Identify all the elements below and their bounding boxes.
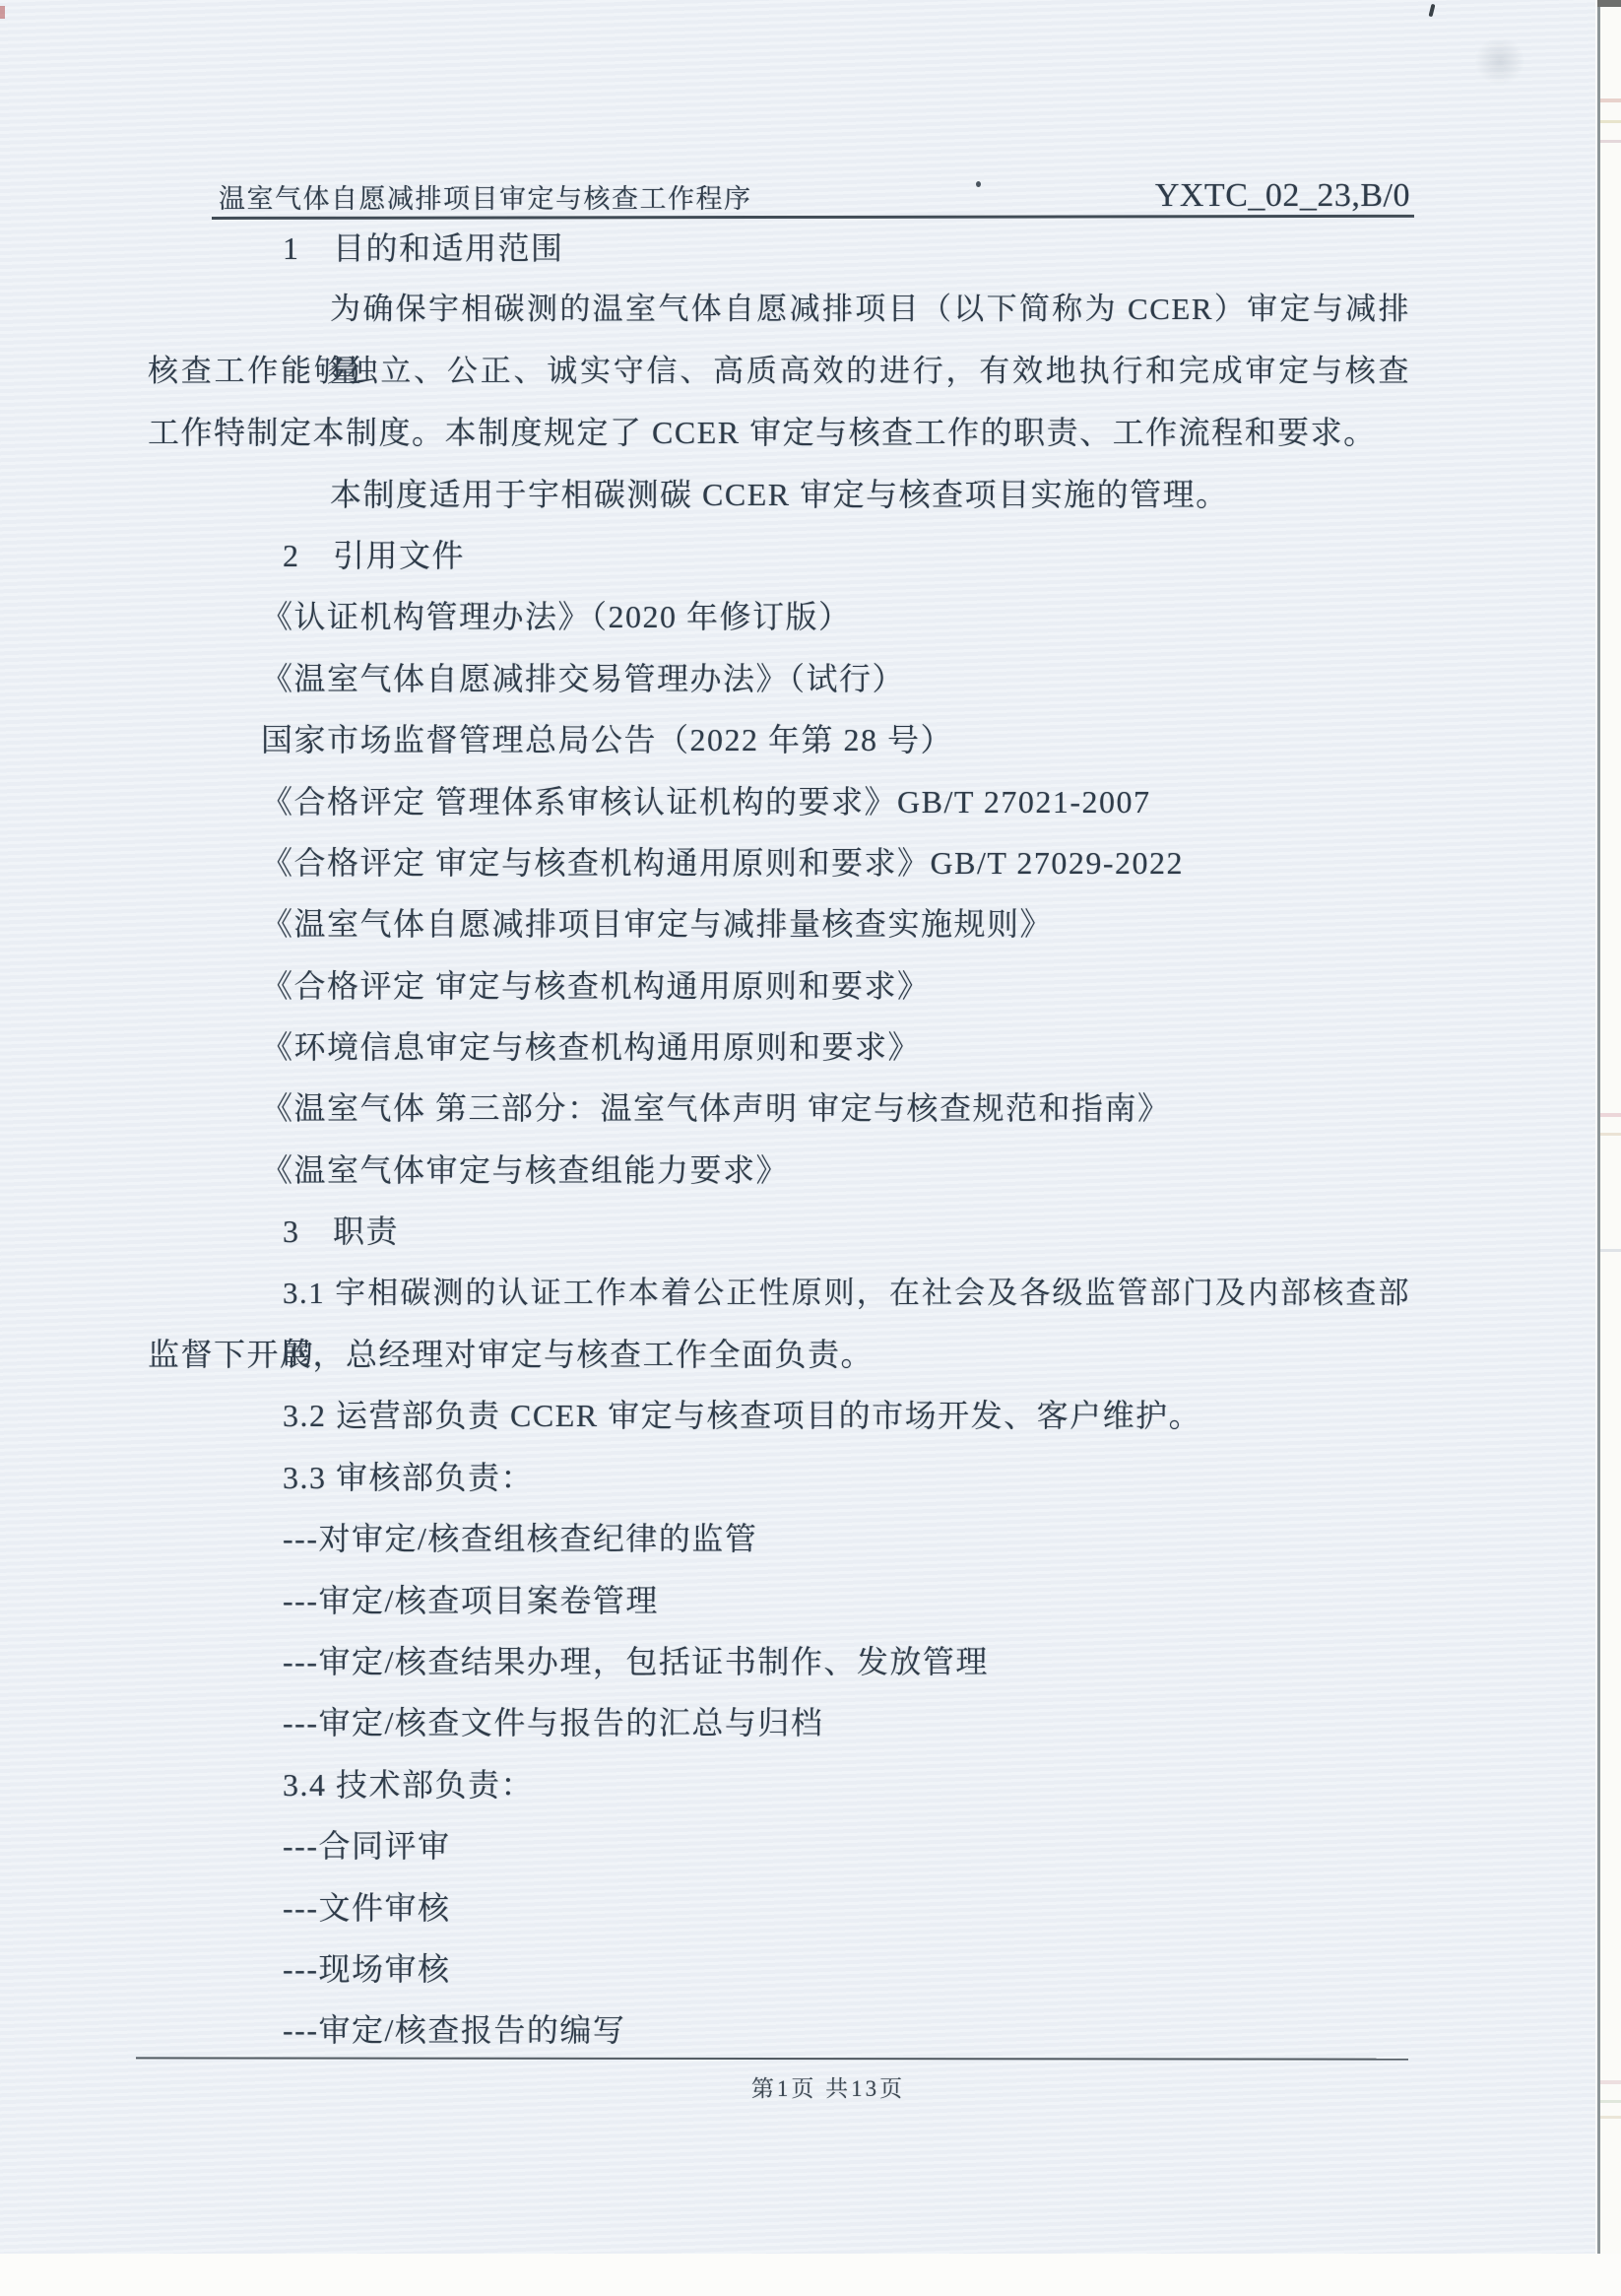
document-text-line: 2 引用文件 [148,525,1410,586]
document-text-line: 国家市场监督管理总局公告（2022 年第 28 号） [148,709,1410,770]
document-text-line: 《温室气体 第三部分：温室气体声明 审定与核查规范和指南》 [148,1078,1410,1139]
document-text-line: 《认证机构管理办法》（2020 年修订版） [148,586,1410,647]
document-header-title: 温室气体自愿减排项目审定与核查工作程序 [219,183,752,215]
document-text-line: 《合格评定 审定与核查机构通用原则和要求》GB/T 27029-2022 [148,832,1410,893]
scanner-streak [1600,1249,1621,1252]
scanner-edge-shadow [1597,0,1621,7]
document-text-line: 监督下开展，总经理对审定与核查工作全面负责。 [148,1324,1410,1385]
document-text-line: 《温室气体自愿减排交易管理办法》（试行） [148,648,1410,709]
scanner-edge-band [1597,0,1621,2254]
document-text-line: 《环境信息审定与核查机构通用原则和要求》 [148,1017,1410,1078]
document-text-line: 3.3 审核部负责： [148,1447,1410,1508]
document-text-line: ---合同评审 [148,1815,1410,1876]
document-text-line: 为确保宇相碳测的温室气体自愿减排项目（以下简称为 CCER）审定与减排量 [148,279,1410,340]
document-text-line: ---审定/核查结果办理，包括证书制作、发放管理 [148,1631,1410,1692]
document-text-line: 1 目的和适用范围 [148,218,1410,279]
document-text-line: ---对审定/核查组核查纪律的监管 [148,1508,1410,1569]
document-text-line: ---审定/核查文件与报告的汇总与归档 [148,1692,1410,1753]
page-number: 第1页 共13页 [197,2070,1459,2103]
edge-mark-artifact [0,6,5,19]
document-body: 1 目的和适用范围为确保宇相碳测的温室气体自愿减排项目（以下简称为 CCER）审… [148,218,1410,2062]
document-text-line: 3 职责 [148,1201,1410,1262]
document-text-line: ---现场审核 [148,1938,1410,2000]
ink-dot-artifact [976,181,981,187]
scanner-streak [1600,1133,1621,1136]
document-text-line: ---文件审核 [148,1877,1410,1938]
scanner-streak [1600,140,1621,143]
smudge-artifact [1475,37,1524,85]
document-text-line: ---审定/核查报告的编写 [148,2000,1410,2061]
scanner-streak [1600,98,1621,102]
document-text-line: 3.4 技术部负责： [148,1754,1410,1815]
document-text-line: 《合格评定 管理体系审核认证机构的要求》GB/T 27021-2007 [148,771,1410,832]
document-text-line: 工作特制定本制度。本制度规定了 CCER 审定与核查工作的职责、工作流程和要求。 [148,402,1410,463]
scanned-document-screenshot: { "document": { "header": { "title": "温室… [0,0,1621,2296]
document-text-line: ---审定/核查项目案卷管理 [148,1570,1410,1631]
document-text-line: 3.2 运营部负责 CCER 审定与核查项目的市场开发、客户维护。 [148,1385,1410,1446]
document-text-line: 本制度适用于宇相碳测碳 CCER 审定与核查项目实施的管理。 [148,464,1410,525]
document-text-line: 《温室气体自愿减排项目审定与减排量核查实施规则》 [148,893,1410,954]
document-text-line: 《合格评定 审定与核查机构通用原则和要求》 [148,955,1410,1017]
scanner-streak [1600,2100,1621,2103]
scanner-streak [1600,120,1621,123]
scanner-streak [1600,1113,1621,1117]
scanner-streak [1600,2080,1621,2084]
document-text-line: 《温室气体审定与核查组能力要求》 [148,1140,1410,1201]
scanner-streak [1600,2116,1621,2119]
document-code: YXTC_02_23,B/0 [1155,177,1410,215]
document-text-line: 3.1 宇相碳测的认证工作本着公正性原则，在社会及各级监管部门及内部核查部的 [148,1263,1410,1324]
document-text-line: 核查工作能够独立、公正、诚实守信、高质高效的进行，有效地执行和完成审定与核查 [148,341,1410,402]
